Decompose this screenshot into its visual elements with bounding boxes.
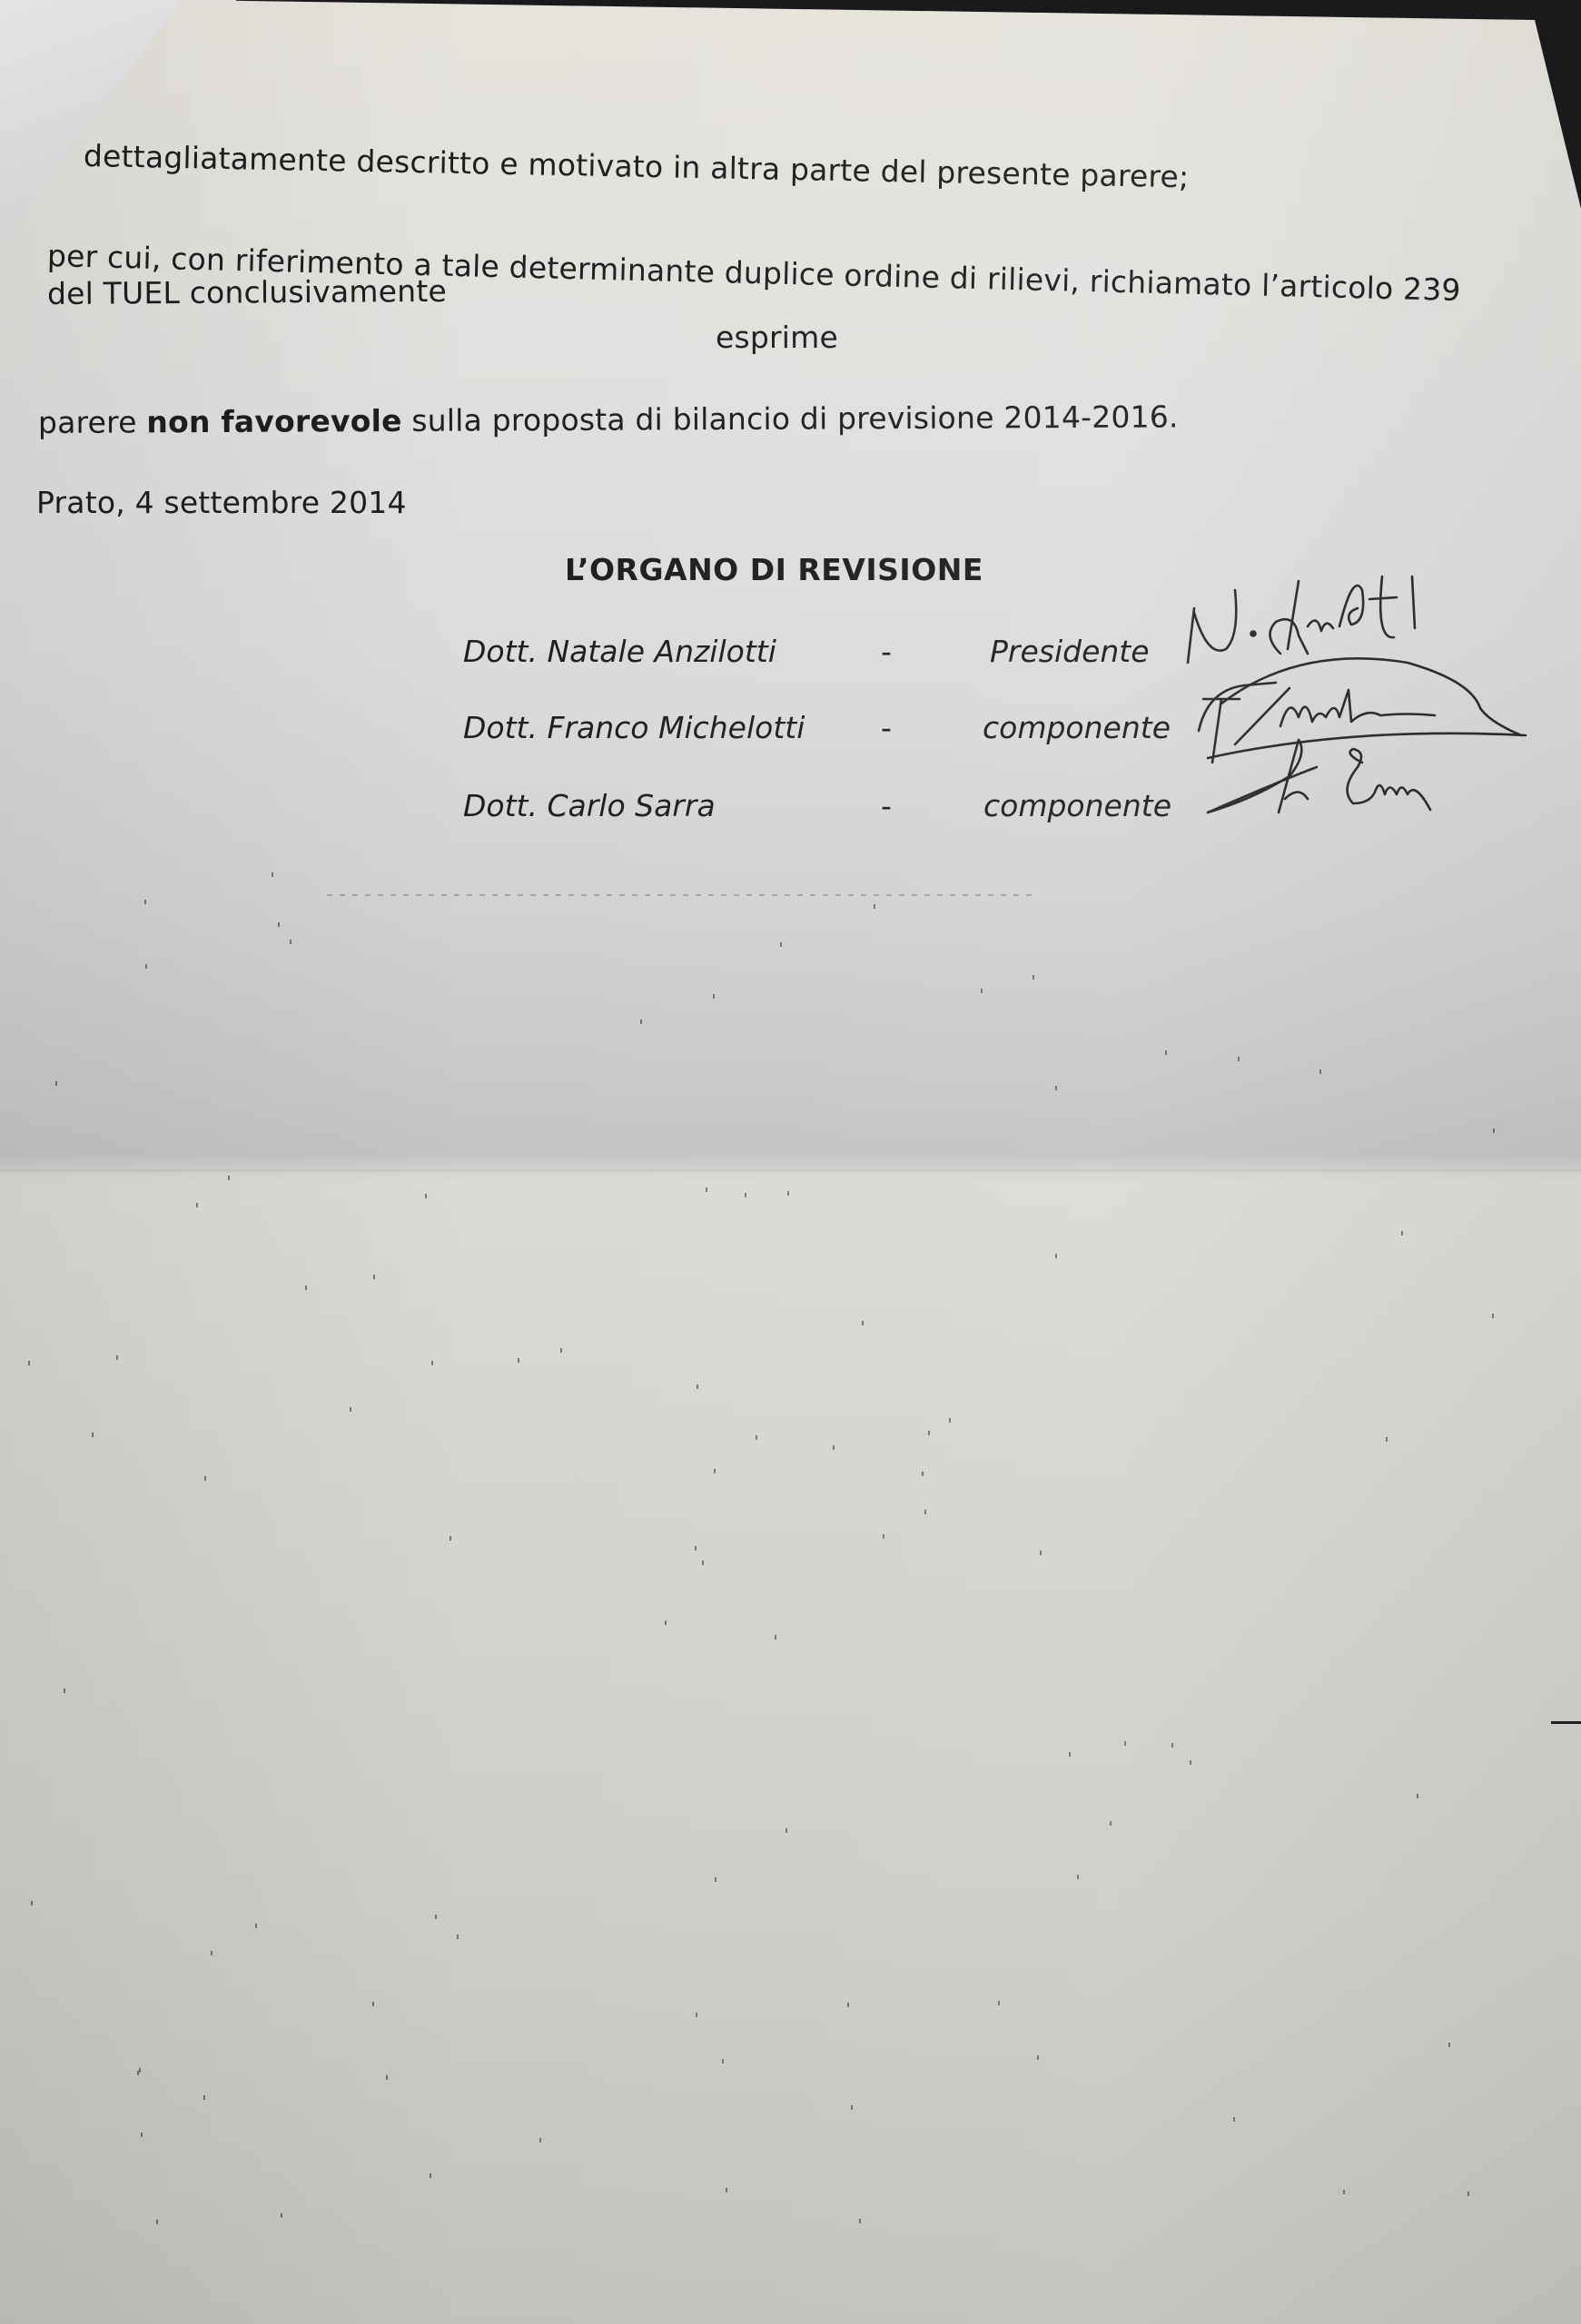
toner-speck xyxy=(1110,1821,1112,1826)
toner-speck xyxy=(851,2105,853,2110)
esprime-text: esprime xyxy=(716,320,838,355)
toner-speck xyxy=(775,1635,776,1640)
toner-speck xyxy=(883,1534,884,1539)
toner-speck xyxy=(92,1433,94,1437)
toner-speck xyxy=(706,1187,707,1192)
member-name: Dott. Franco Michelotti xyxy=(463,710,805,745)
toner-speck xyxy=(1069,1752,1071,1757)
toner-speck xyxy=(949,1418,951,1423)
toner-speck xyxy=(998,2001,1000,2005)
member-name: Dott. Carlo Sarra xyxy=(463,788,716,823)
toner-speck xyxy=(1233,2117,1235,2122)
toner-speck xyxy=(560,1348,562,1353)
opinion-statement: parere non favorevole sulla proposta di … xyxy=(38,399,1179,440)
toner-speck xyxy=(305,1285,307,1290)
member-row: Dott. Franco Michelotti - componente xyxy=(463,710,805,745)
toner-speck xyxy=(137,2071,139,2075)
separator-dash: - xyxy=(881,710,892,745)
toner-speck xyxy=(31,1901,33,1905)
toner-speck xyxy=(640,1019,642,1024)
toner-speck xyxy=(430,2173,431,2178)
toner-speck xyxy=(1319,1069,1321,1074)
toner-speck xyxy=(1238,1057,1240,1061)
toner-speck xyxy=(1386,1437,1388,1442)
toner-speck xyxy=(1448,2043,1450,2047)
toner-speck xyxy=(539,2138,541,2142)
toner-speck xyxy=(204,1476,206,1481)
toner-speck xyxy=(1165,1050,1167,1055)
member-name: Dott. Natale Anzilotti xyxy=(463,634,776,669)
toner-speck xyxy=(203,2095,205,2100)
toner-speck xyxy=(156,2220,158,2224)
opinion-post: sulla proposta di bilancio di previsione… xyxy=(402,399,1179,438)
paper-fold xyxy=(0,1169,1581,1175)
place-date: Prato, 4 settembre 2014 xyxy=(36,485,407,520)
signature-michelotti xyxy=(1199,658,1526,763)
edge-mark xyxy=(1551,1721,1581,1724)
toner-speck xyxy=(55,1081,57,1086)
member-role: componente xyxy=(983,710,1171,745)
toner-speck xyxy=(290,940,291,944)
toner-speck xyxy=(780,942,782,947)
toner-speck xyxy=(450,1536,451,1541)
toner-speck xyxy=(1493,1128,1495,1133)
toner-artifact-line xyxy=(327,894,1035,896)
toner-speck xyxy=(859,2219,861,2223)
separator-dash: - xyxy=(881,788,892,823)
toner-speck xyxy=(518,1358,519,1363)
document-page: dettagliatamente descritto e motivato in… xyxy=(0,0,1581,2324)
toner-speck xyxy=(714,1469,716,1473)
toner-speck xyxy=(924,1510,926,1514)
toner-speck xyxy=(1171,1743,1173,1748)
member-role: Presidente xyxy=(990,634,1150,669)
toner-speck xyxy=(1037,2055,1039,2060)
toner-speck xyxy=(350,1407,351,1412)
toner-speck xyxy=(139,2068,141,2073)
toner-speck xyxy=(1124,1741,1126,1746)
toner-speck xyxy=(847,2003,849,2007)
handwritten-signatures xyxy=(1171,572,1553,835)
toner-speck xyxy=(874,904,875,909)
toner-speck xyxy=(373,1275,375,1279)
member-row: Dott. Carlo Sarra - componente xyxy=(463,788,716,823)
toner-speck xyxy=(431,1361,433,1365)
toner-speck xyxy=(1077,1875,1079,1879)
toner-speck xyxy=(697,1384,698,1389)
toner-speck xyxy=(665,1620,667,1625)
toner-speck xyxy=(1492,1314,1494,1318)
toner-speck xyxy=(386,2075,388,2080)
toner-speck xyxy=(696,2013,697,2017)
toner-speck xyxy=(1190,1760,1191,1765)
toner-speck xyxy=(726,2188,727,2192)
toner-speck xyxy=(922,1472,924,1476)
toner-speck xyxy=(1417,1794,1418,1798)
toner-speck xyxy=(372,2002,374,2006)
opinion-pre: parere xyxy=(38,404,147,440)
toner-speck xyxy=(145,964,147,969)
toner-speck xyxy=(1055,1086,1057,1090)
toner-speck xyxy=(272,872,273,877)
toner-speck xyxy=(278,922,280,927)
toner-speck xyxy=(745,1193,746,1197)
toner-speck xyxy=(144,900,146,904)
toner-speck xyxy=(756,1435,757,1440)
toner-speck xyxy=(713,994,715,999)
toner-speck xyxy=(722,2059,724,2063)
toner-speck xyxy=(1040,1551,1042,1555)
toner-speck xyxy=(64,1689,65,1693)
member-row: Dott. Natale Anzilotti - Presidente xyxy=(463,634,776,669)
signature-anzilotti xyxy=(1188,576,1415,663)
toner-speck xyxy=(425,1194,427,1198)
toner-speck xyxy=(255,1924,257,1928)
toner-speck xyxy=(196,1203,198,1207)
toner-speck xyxy=(702,1561,704,1565)
toner-speck xyxy=(228,1176,230,1180)
separator-dash: - xyxy=(881,634,892,669)
toner-speck xyxy=(715,1877,716,1882)
toner-speck xyxy=(141,2132,143,2137)
toner-speck xyxy=(1343,2190,1345,2194)
toner-speck xyxy=(695,1546,697,1551)
toner-speck xyxy=(1467,2191,1469,2196)
toner-speck xyxy=(281,2213,282,2218)
toner-speck xyxy=(1401,1231,1403,1236)
opinion-verdict: non favorevole xyxy=(146,403,401,439)
toner-speck xyxy=(1055,1254,1057,1258)
toner-speck xyxy=(833,1445,835,1450)
signature-heading: L’ORGANO DI REVISIONE xyxy=(565,552,983,587)
toner-speck xyxy=(981,989,983,993)
toner-speck xyxy=(435,1915,437,1919)
member-role: componente xyxy=(983,788,1171,823)
body-text-line: dettagliatamente descritto e motivato in… xyxy=(84,138,1190,194)
toner-speck xyxy=(211,1951,212,1955)
toner-speck xyxy=(787,1191,789,1196)
toner-speck xyxy=(116,1355,118,1360)
toner-speck xyxy=(786,1828,787,1833)
body-text-line: del TUEL conclusivamente xyxy=(47,273,447,311)
toner-speck xyxy=(928,1431,930,1435)
toner-speck xyxy=(457,1935,459,1939)
toner-speck xyxy=(28,1361,30,1365)
toner-speck xyxy=(862,1321,864,1325)
toner-speck xyxy=(1033,975,1034,980)
